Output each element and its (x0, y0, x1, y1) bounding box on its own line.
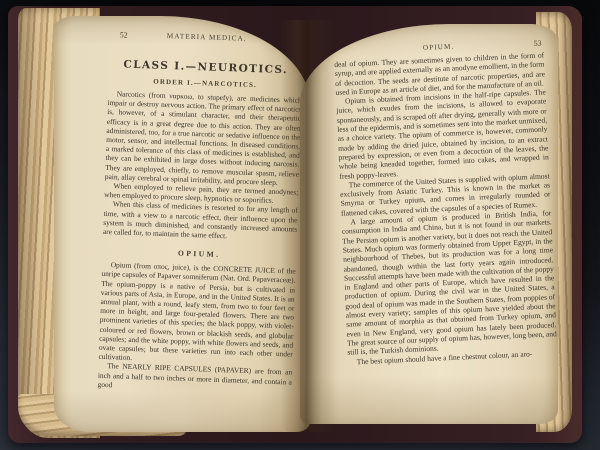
book-photo: 52 MATERIA MEDICA. CLASS I.—NEUROTICS. O… (0, 0, 600, 450)
class-heading: CLASS I.—NEUROTICS. (109, 58, 303, 77)
paragraph: Opium (from οπος, juice), is the CONCRET… (98, 260, 295, 368)
order-heading: ORDER I.—NARCOTICS. (108, 77, 302, 91)
paragraph: A large amount of opium is produced in B… (341, 208, 557, 357)
opium-section-heading: OPIUM. (102, 246, 296, 262)
left-page-body: Narcotics (from ναρκοω, to stupefy), are… (97, 89, 301, 396)
paragraph: The NEARLY RIPE CAPSULES (PAPAVER) are f… (97, 361, 292, 395)
right-page: OPIUM. 53 deal of opium. They are someti… (300, 24, 558, 424)
paragraph: Opium is obtained from incisions in the … (336, 88, 550, 181)
page-number-left: 52 (120, 30, 128, 39)
left-page: 52 MATERIA MEDICA. CLASS I.—NEUROTICS. O… (54, 16, 310, 432)
paragraph: Narcotics (from ναρκοω, to stupefy), are… (105, 89, 302, 188)
paragraph: When this class of medicines is resorted… (103, 199, 298, 243)
page-number-right: 53 (534, 39, 542, 48)
right-page-body: deal of opium. They are sometimes given … (334, 50, 558, 366)
